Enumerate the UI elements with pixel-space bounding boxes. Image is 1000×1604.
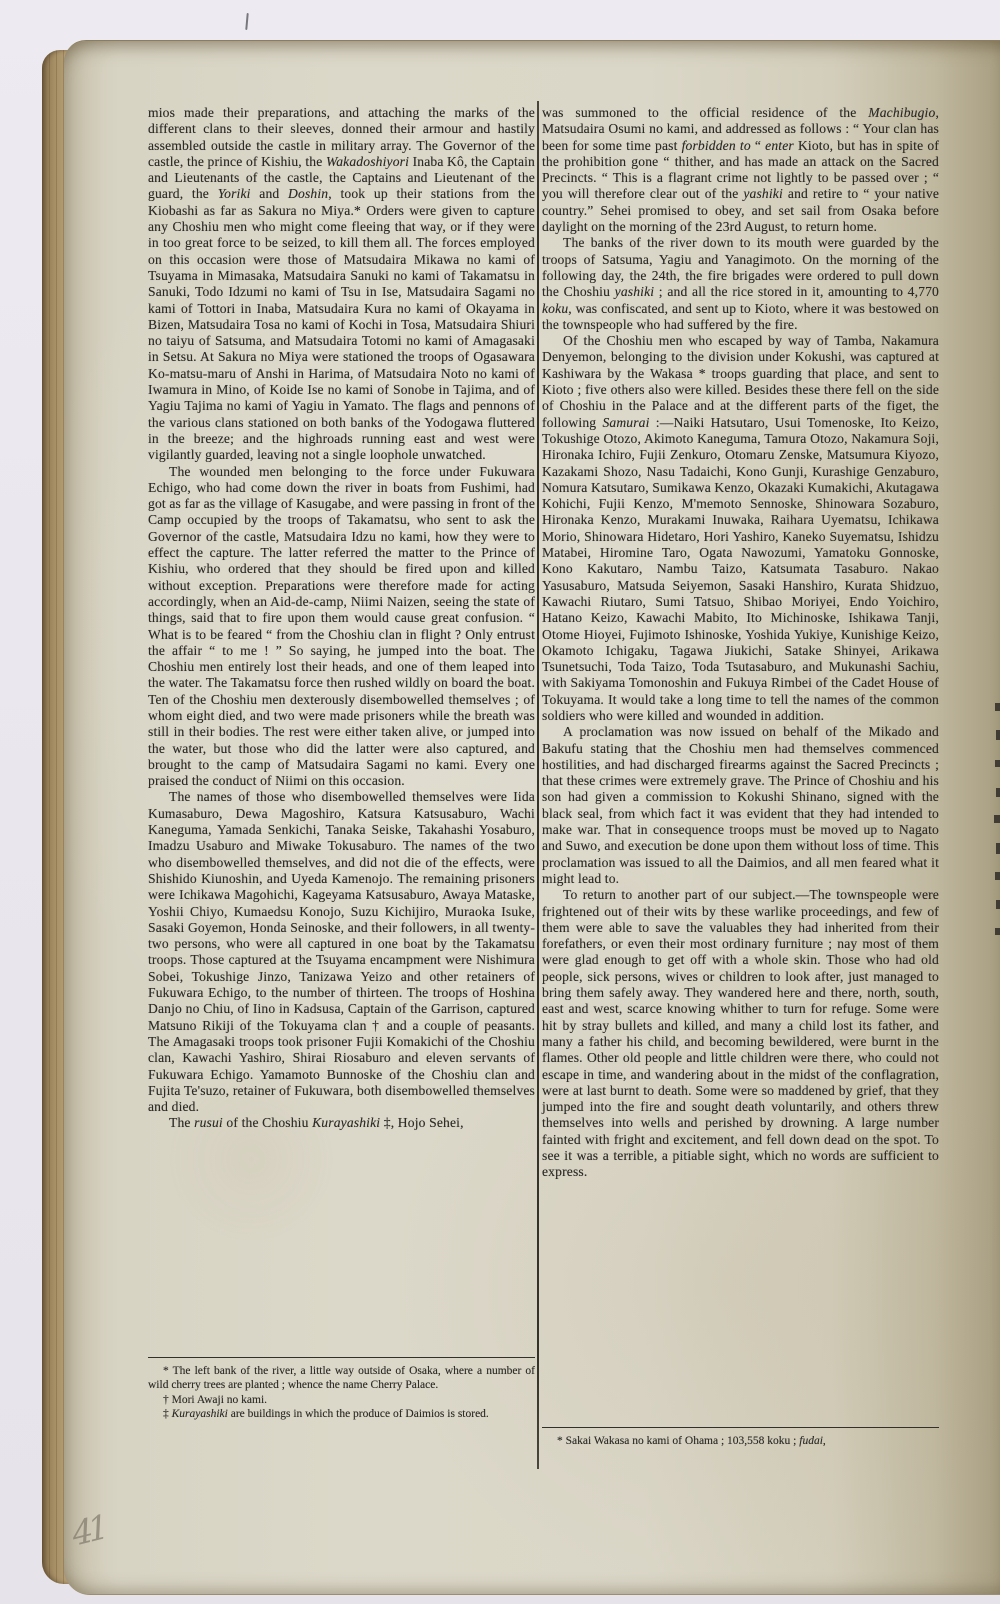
paragraph: A proclamation was now issued on behalf … [542, 724, 939, 887]
footnote: ‡ Kurayashiki are buildings in which the… [148, 1407, 535, 1421]
handwritten-pencil-mark: 41 [70, 1507, 107, 1554]
paragraph: Of the Choshiu men who escaped by way of… [542, 333, 939, 724]
document-page: mios made their preparations, and attach… [64, 40, 1000, 1595]
footnote-separator-rule [542, 1427, 939, 1428]
left-column: mios made their preparations, and attach… [148, 105, 535, 1132]
stray-pen-mark [245, 13, 248, 30]
left-footnotes: * The left bank of the river, a little w… [148, 1357, 535, 1421]
right-footnotes: * Sakai Wakasa no kami of Ohama ; 103,55… [542, 1427, 939, 1448]
footnote: * Sakai Wakasa no kami of Ohama ; 103,55… [542, 1434, 939, 1448]
footnote: * The left bank of the river, a little w… [148, 1364, 535, 1393]
right-column: was summoned to the official residence o… [542, 105, 939, 1181]
paragraph: To return to another part of our subject… [542, 887, 939, 1180]
footnote: † Mori Awaji no kami. [148, 1393, 535, 1407]
paragraph: mios made their preparations, and attach… [148, 105, 535, 464]
paragraph: The wounded men belonging to the force u… [148, 464, 535, 790]
scanned-page-background: mios made their preparations, and attach… [0, 0, 1000, 1604]
footnote-separator-rule [148, 1357, 535, 1358]
gutter-print-marks [990, 0, 1000, 1604]
paragraph: The names of those who disembowelled the… [148, 789, 535, 1115]
paragraph: was summoned to the official residence o… [542, 105, 939, 235]
column-divider-rule [537, 101, 539, 1469]
paragraph: The banks of the river down to its mouth… [542, 235, 939, 333]
paragraph: The rusui of the Choshiu Kurayashiki ‡, … [148, 1115, 535, 1131]
